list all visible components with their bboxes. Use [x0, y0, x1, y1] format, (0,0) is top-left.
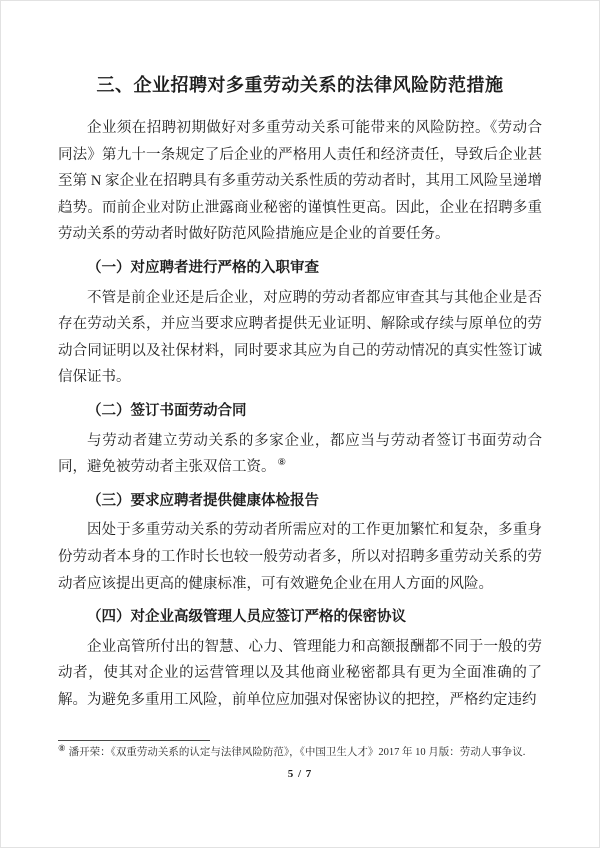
document-content: 三、企业招聘对多重劳动关系的法律风险防范措施 企业须在招聘初期做好对多重劳动关系…	[1, 1, 599, 713]
section-paragraph-2: 与劳动者建立劳动关系的多家企业，都应当与劳动者签订书面劳动合同，避免被劳动者主张…	[58, 428, 542, 481]
page-title: 三、企业招聘对多重劳动关系的法律风险防范措施	[58, 71, 542, 99]
section-heading-2: （二）签订书面劳动合同	[58, 398, 542, 425]
section-paragraph-4: 企业高管所付出的智慧、心力、管理能力和高额报酬都不同于一般的劳动者，使其对企业的…	[58, 634, 542, 714]
footnote-reference: ⑧	[276, 458, 287, 468]
footnote-citation: 潘开荣：《双重劳动关系的认定与法律风险防范》，《中国卫生人才》2017 年 10…	[69, 747, 526, 758]
page-number: 5 / 7	[58, 768, 542, 780]
footnote-text: ⑧潘开荣：《双重劳动关系的认定与法律风险防范》，《中国卫生人才》2017 年 1…	[58, 746, 542, 761]
section-heading-1: （一）对应聘者进行严格的入职审查	[58, 255, 542, 282]
section-heading-4: （四）对企业高级管理人员应签订严格的保密协议	[58, 604, 542, 631]
footnote-marker: ⑧	[58, 743, 69, 753]
section-paragraph-2-text: 与劳动者建立劳动关系的多家企业，都应当与劳动者签订书面劳动合同，避免被劳动者主张…	[58, 433, 542, 476]
footnote-area: ⑧潘开荣：《双重劳动关系的认定与法律风险防范》，《中国卫生人才》2017 年 1…	[58, 740, 542, 780]
document-page: 三、企业招聘对多重劳动关系的法律风险防范措施 企业须在招聘初期做好对多重劳动关系…	[0, 0, 600, 848]
section-paragraph-1: 不管是前企业还是后企业，对应聘的劳动者都应审查其与其他企业是否存在劳动关系，并应…	[58, 285, 542, 391]
section-heading-3: （三）要求应聘者提供健康体检报告	[58, 488, 542, 515]
footnote-divider	[58, 740, 210, 741]
section-paragraph-3: 因处于多重劳动关系的劳动者所需应对的工作更加繁忙和复杂，多重身份劳动者本身的工作…	[58, 517, 542, 597]
intro-paragraph: 企业须在招聘初期做好对多重劳动关系可能带来的风险防控。《劳动合同法》第九十一条规…	[58, 115, 542, 248]
